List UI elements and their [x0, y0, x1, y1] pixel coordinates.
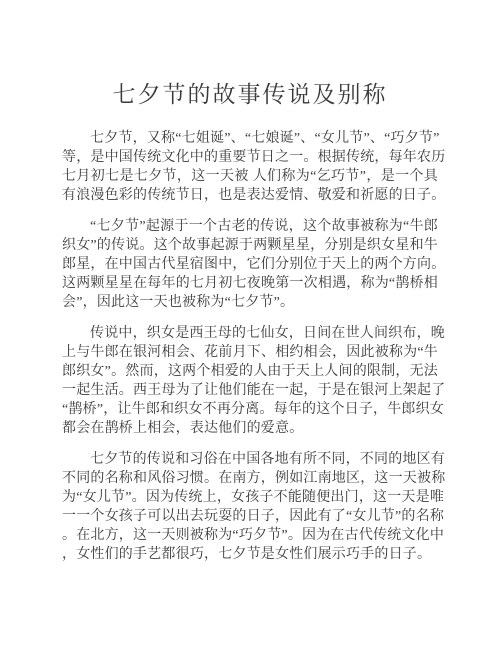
paragraph: 七夕节的传说和习俗在中国各地有所不同，不同的地区有不同的名称和风俗习惯。在南方，…: [62, 450, 438, 564]
paragraph-line: 为“女儿节”。因为传统上，女孩子不能随便出门，这一天是唯: [62, 488, 438, 507]
paragraph-line: “鹊桥”，让牛郎和织女不再分离。每年的这个日子，牛郎织女: [62, 400, 438, 419]
paragraph-line: 都会在鹊桥上相会，表达他们的爱意。: [62, 419, 438, 438]
paragraph-line: 传说中，织女是西王母的七仙女，日间在世人间织布，晚: [62, 324, 438, 343]
paragraph-line: 。在北方，这一天则被称为“巧夕节”。因为在古代传统文化中: [62, 526, 438, 545]
paragraph-line: 七月初七是七夕节，这一天被 人们称为“乞巧节”，是一个具: [62, 167, 438, 186]
paragraph-line: 织女”的传说。这个故事起源于两颗星星，分别是织女星和牛: [62, 236, 438, 255]
paragraph: 七夕节，又称“七姐诞”、“七娘诞”、“女儿节”、“巧夕节”等，是中国传统文化中的…: [62, 129, 438, 205]
paragraph-line: 七夕节，又称“七姐诞”、“七娘诞”、“女儿节”、“巧夕节”: [62, 129, 438, 148]
paragraph: “七夕节”起源于一个古老的传说，这个故事被称为“牛郎织女”的传说。这个故事起源于…: [62, 217, 438, 312]
paragraph-line: 郎织女”。然而，这两个相爱的人由于天上人间的限制，无法: [62, 362, 438, 381]
paragraph-line: 郎星，在中国古代星宿图中，它们分别位于天上的两个方向。: [62, 255, 438, 274]
paragraph-line: 上与牛郎在银河相会、花前月下、相约相会，因此被称为“牛: [62, 343, 438, 362]
paragraph-line: 一起生活。西王母为了让他们能在一起，于是在银河上架起了: [62, 381, 438, 400]
paragraph-line: 七夕节的传说和习俗在中国各地有所不同，不同的地区有: [62, 450, 438, 469]
document-title: 七夕节的故事传说及别称: [0, 0, 500, 109]
paragraph-line: 等，是中国传统文化中的重要节日之一。根据传统，每年农历: [62, 148, 438, 167]
paragraph-line: 这两颗星星在每年的七月初七夜晚第一次相遇，称为“鹊桥相: [62, 274, 438, 293]
paragraph-line: 会”，因此这一天也被称为“七夕节”。: [62, 293, 438, 312]
paragraph-line: 一一个女孩子可以出去玩耍的日子，因此有了“女儿节”的名称: [62, 507, 438, 526]
document-body: 七夕节，又称“七姐诞”、“七娘诞”、“女儿节”、“巧夕节”等，是中国传统文化中的…: [62, 129, 438, 564]
paragraph-line: 有浪漫色彩的传统节日，也是表达爱情、敬爱和祈愿的日子。: [62, 186, 438, 205]
paragraph: 传说中，织女是西王母的七仙女，日间在世人间织布，晚上与牛郎在银河相会、花前月下、…: [62, 324, 438, 438]
paragraph-line: ，女性们的手艺都很巧，七夕节是女性们展示巧手的日子。: [62, 545, 438, 564]
paragraph-line: 不同的名称和风俗习惯。在南方，例如江南地区，这一天被称: [62, 469, 438, 488]
document-page: 七夕节的故事传说及别称 七夕节，又称“七姐诞”、“七娘诞”、“女儿节”、“巧夕节…: [0, 0, 500, 647]
paragraph-line: “七夕节”起源于一个古老的传说，这个故事被称为“牛郎: [62, 217, 438, 236]
